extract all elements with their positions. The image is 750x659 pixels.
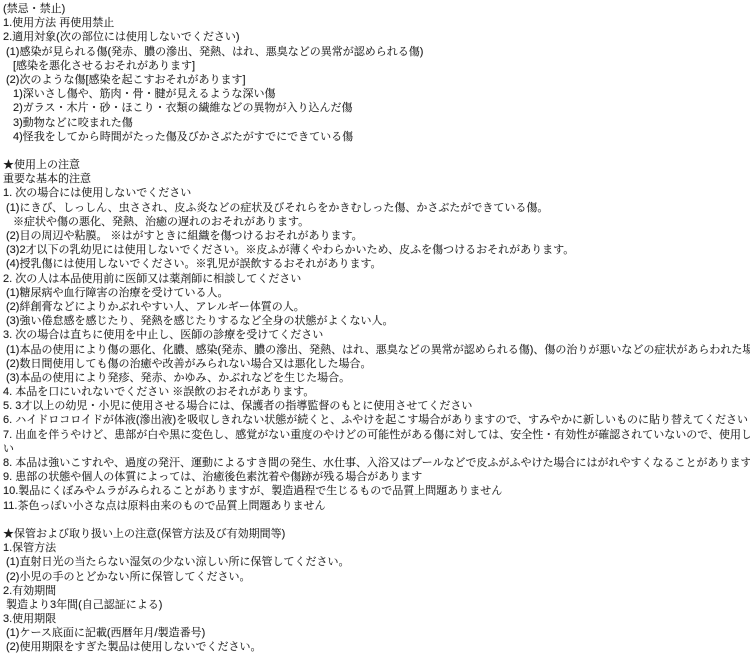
- text-line: (2)使用期限をすぎた製品は使用しないでください。: [0, 640, 750, 654]
- text-line: 2.適用対象(次の部位には使用しないでください): [0, 30, 750, 44]
- document-page: (禁忌・禁止)1.使用方法 再使用禁止2.適用対象(次の部位には使用しないでくだ…: [0, 0, 750, 659]
- text-line: い: [0, 442, 750, 456]
- text-line: (4)授乳傷には使用しないでください。※乳児が誤飲するおそれがあります。: [0, 257, 750, 271]
- text-line: (3)2才以下の乳幼児には使用しないでください。※皮ふが薄くやわらかいため、皮ふ…: [0, 243, 750, 257]
- text-line: 3)動物などに咬まれた傷: [0, 116, 750, 130]
- text-line: (1)にきび、しっしん、虫さされ、皮ふ炎などの症状及びそれらをかきむしった傷、か…: [0, 201, 750, 215]
- text-line: 2)ガラス・木片・砂・ほこり・衣類の繊維などの異物が入り込んだ傷: [0, 101, 750, 115]
- text-line: 2.有効期間: [0, 584, 750, 598]
- text-line: (1)感染が見られる傷(発赤、膿の滲出、発熱、はれ、悪臭などの異常が認められる傷…: [0, 45, 750, 59]
- text-line: (1)糖尿病や血行障害の治療を受けている人。: [0, 286, 750, 300]
- text-line: 4)怪我をしてから時間がたった傷及びかさぶたがすでにできている傷: [0, 130, 750, 144]
- text-line: 6. ハイドロコロイドが体液(滲出液)を吸収しきれない状態が続くと、ふやけを起こ…: [0, 413, 750, 427]
- text-line: 1. 次の場合には使用しないでください: [0, 186, 750, 200]
- text-line: ※症状や傷の悪化、発熱、治癒の遅れのおそれがあります。: [0, 215, 750, 229]
- text-line: 製造より3年間(自己認証による): [0, 598, 750, 612]
- text-line: 8. 本品は強いこすれや、過度の発汗、運動によるすき間の発生、水仕事、入浴又はプ…: [0, 456, 750, 470]
- text-line: (2)小児の手のとどかない所に保管してください。: [0, 570, 750, 584]
- text-line: (2)数日間使用しても傷の治癒や改善がみられない場合又は悪化した場合。: [0, 357, 750, 371]
- text-line: 11.茶色っぽい小さな点は原料由来のもので品質上問題ありません: [0, 499, 750, 513]
- text-line: 10.製品にくぼみやムラがみられることがありますが、製造過程で生じるもので品質上…: [0, 484, 750, 498]
- text-line: 9. 患部の状態や個人の体質によっては、治癒後色素沈着や傷跡が残る場合があります: [0, 470, 750, 484]
- text-line: 重要な基本的注意: [0, 172, 750, 186]
- text-line: 4. 本品を口にいれないでください ※誤飲のおそれがあります。: [0, 385, 750, 399]
- text-line: (3)本品の使用により発疹、発赤、かゆみ、かぶれなどを生じた場合。: [0, 371, 750, 385]
- text-line: [感染を悪化させるおそれがあります]: [0, 59, 750, 73]
- text-line: (1)ケース底面に記載(西暦年月/製造番号): [0, 626, 750, 640]
- text-line: (3)強い倦怠感を感じたり、発熱を感じたりするなど全身の状態がよくない人。: [0, 314, 750, 328]
- text-line: (1)直射日光の当たらない湿気の少ない涼しい所に保管してください。: [0, 555, 750, 569]
- text-line: 3.使用期限: [0, 612, 750, 626]
- text-line: (禁忌・禁止): [0, 2, 750, 16]
- text-line: (2)次のような傷[感染を起こすおそれがあります]: [0, 73, 750, 87]
- text-line: (1)本品の使用により傷の悪化、化膿、感染(発赤、膿の滲出、発熱、はれ、悪臭など…: [0, 343, 750, 357]
- blank-line: [0, 144, 750, 158]
- text-line: (2)目の周辺や粘膜。 ※はがすときに組織を傷つけるおそれがあります。: [0, 229, 750, 243]
- text-line: 5. 3才以上の幼児・小児に使用させる場合には、保護者の指導監督のもとに使用させ…: [0, 399, 750, 413]
- text-line: 3. 次の場合は直ちに使用を中止し、医師の診療を受けてください: [0, 328, 750, 342]
- text-line: 1)深いさし傷や、筋肉・骨・腱が見えるような深い傷: [0, 87, 750, 101]
- text-line: 1.保管方法: [0, 541, 750, 555]
- text-line: 7. 出血を伴うやけど、患部が白や黒に変色し、感覚がない重度のやけどの可能性があ…: [0, 428, 750, 442]
- document-text: (禁忌・禁止)1.使用方法 再使用禁止2.適用対象(次の部位には使用しないでくだ…: [0, 0, 750, 655]
- text-line: ★使用上の注意: [0, 158, 750, 172]
- text-line: (2)絆創膏などによりかぶれやすい人、アレルギー体質の人。: [0, 300, 750, 314]
- blank-line: [0, 513, 750, 527]
- text-line: 2. 次の人は本品使用前に医師又は薬剤師に相談してください: [0, 272, 750, 286]
- text-line: 1.使用方法 再使用禁止: [0, 16, 750, 30]
- text-line: ★保管および取り扱い上の注意(保管方法及び有効期間等): [0, 527, 750, 541]
